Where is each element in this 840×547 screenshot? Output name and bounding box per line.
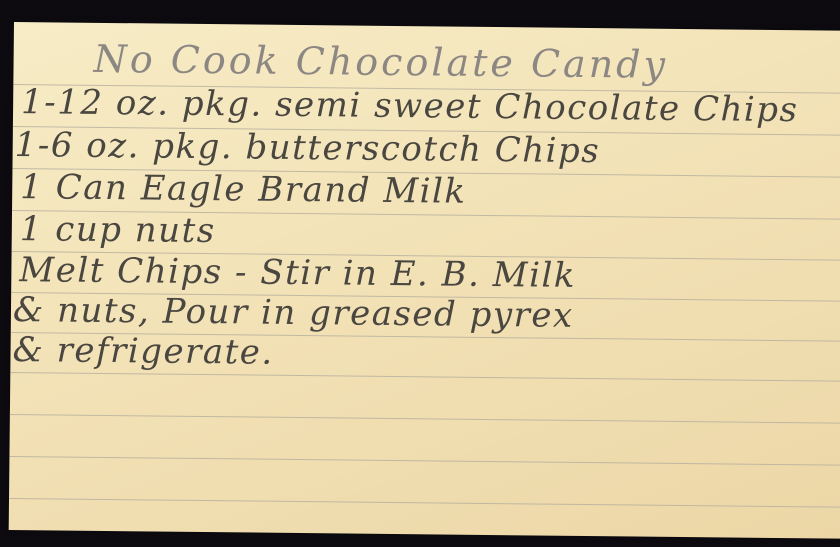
ingredient-line: 1-6 oz. pkg. butterscotch Chips [15,125,601,171]
ruled-line [9,498,840,508]
ingredient-line: 1-12 oz. pkg. semi sweet Chocolate Chips [21,82,799,130]
ruled-line [10,372,840,382]
ruled-line [9,456,840,466]
recipe-title: No Cook Chocolate Candy [93,37,668,87]
ingredient-line: 1 cup nuts [20,209,216,251]
direction-line: & nuts, Pour in greased pyrex [13,290,574,336]
recipe-card: No Cook Chocolate Candy 1-12 oz. pkg. se… [9,22,840,539]
ruled-line [10,414,840,424]
direction-line: & refrigerate. [12,330,274,373]
direction-line: Melt Chips - Stir in E. B. Milk [19,250,576,296]
ingredient-line: 1 Can Eagle Brand Milk [20,167,467,212]
